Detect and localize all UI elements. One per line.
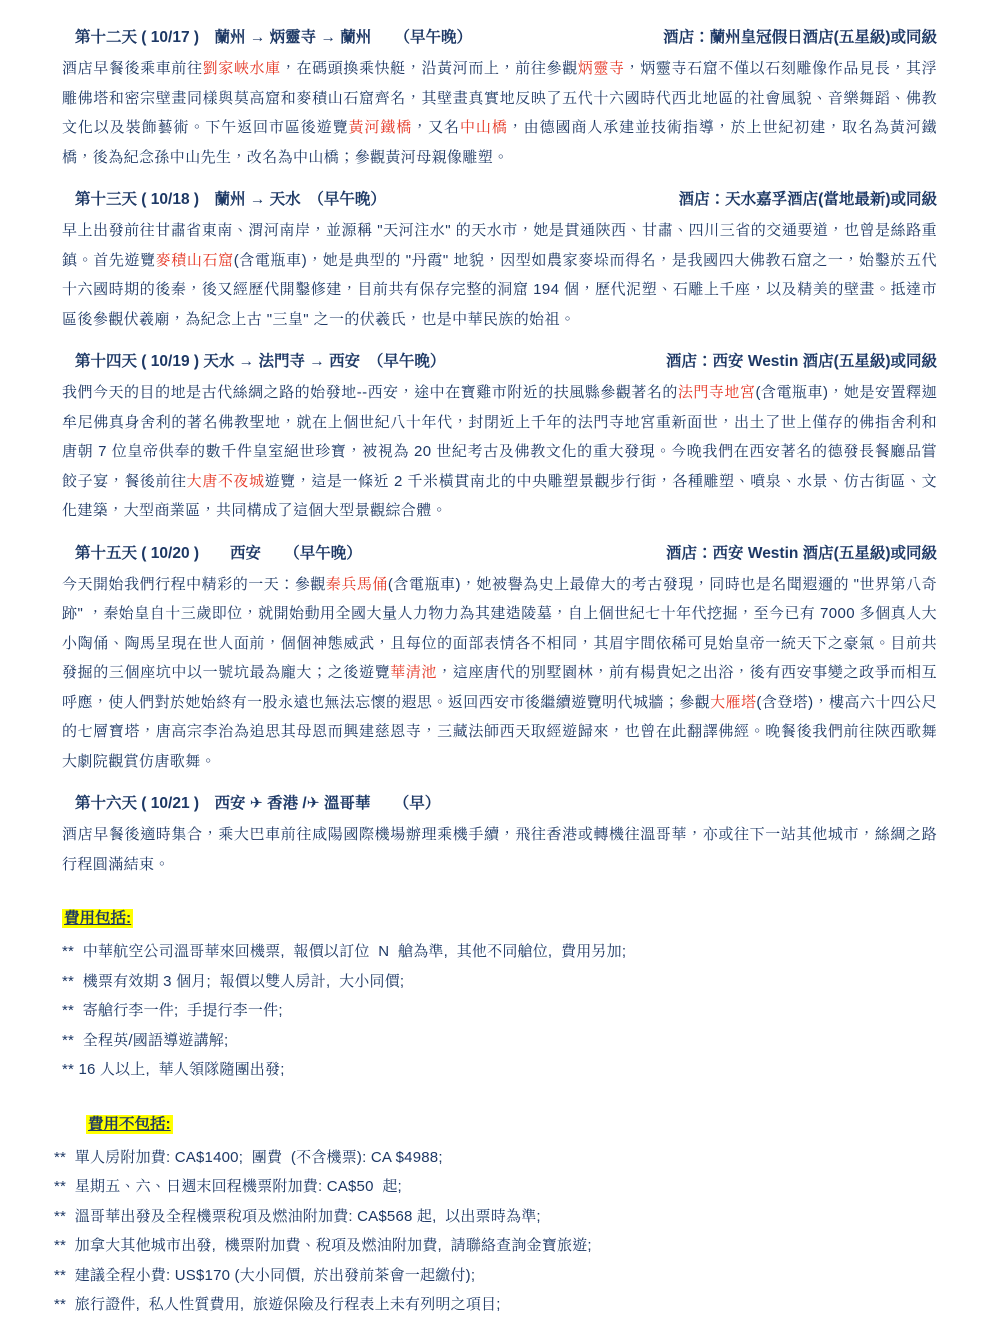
day-description: 我們今天的目的地是古代絲綢之路的始發地--西安，途中在寶雞市附近的扶風縣參觀著名…	[62, 378, 937, 526]
text-segment: 酒店早餐後適時集合，乘大巴車前往咸陽國際機場辦理乘機手續，飛往香港或轉機往溫哥華…	[62, 826, 937, 873]
day-heading: 第十六天 ( 10/21 ) 西安 ✈ 香港 /✈ 溫哥華 （早）	[62, 790, 937, 818]
attraction-highlight: 中山橋	[460, 119, 508, 136]
day-hotel: 酒店：西安 Westin 酒店(五星級)或同級	[666, 348, 937, 376]
day-description: 今天開始我們行程中精彩的一天：參觀秦兵馬俑(含電瓶車)，她被譽為史上最偉大的考古…	[62, 570, 937, 777]
text-segment: 今天開始我們行程中精彩的一天：參觀	[62, 576, 326, 593]
fee-included-item: ** 機票有效期 3 個月; 報價以雙人房計, 大小同價;	[62, 967, 937, 997]
attraction-highlight: 大雁塔	[710, 694, 756, 711]
attraction-highlight: 麥積山石窟	[156, 252, 234, 269]
attraction-highlight: 華清池	[390, 664, 437, 681]
text-segment: ，在碼頭換乘快艇，沿黃河而上，前往參觀	[281, 60, 578, 77]
day-hotel: 酒店：蘭州皇冠假日酒店(五星級)或同級	[663, 24, 937, 52]
attraction-highlight: 劉家峽水庫	[203, 60, 281, 77]
day-description: 酒店早餐後適時集合，乘大巴車前往咸陽國際機場辦理乘機手續，飛往香港或轉機往溫哥華…	[62, 820, 937, 879]
fee-excluded-item: ** 加拿大其他城市出發, 機票附加費、稅項及燃油附加費, 請聯絡查詢金寶旅遊;	[54, 1231, 937, 1261]
attraction-highlight: 大唐不夜城	[187, 473, 265, 490]
day-description: 酒店早餐後乘車前往劉家峽水庫，在碼頭換乘快艇，沿黃河而上，前往參觀炳靈寺，炳靈寺…	[62, 54, 937, 172]
text-segment: 我們今天的目的地是古代絲綢之路的始發地--西安，途中在寶雞市附近的扶風縣參觀著名…	[62, 384, 678, 401]
fees-excluded-section: 費用不包括: ** 單人房附加費: CA$1400; 團費 (不含機票): CA…	[62, 1111, 937, 1320]
fees-included-heading: 費用包括:	[62, 905, 937, 933]
fees-included-section: 費用包括: ** 中華航空公司溫哥華來回機票, 報價以訂位 N 艙為準, 其他不…	[62, 905, 937, 1085]
text-segment: 酒店早餐後乘車前往	[62, 60, 203, 77]
fees-excluded-heading-label: 費用不包括:	[86, 1115, 173, 1134]
day-heading: 第十二天 ( 10/17 ) 蘭州 → 炳靈寺 → 蘭州 （早午晚） 酒店：蘭州…	[62, 24, 937, 52]
fee-excluded-item: ** 溫哥華出發及全程機票稅項及燃油附加費: CA$568 起, 以出票時為準;	[54, 1202, 937, 1232]
day-section-13: 第十三天 ( 10/18 ) 蘭州 → 天水 （早午晚） 酒店：天水嘉孚酒店(當…	[62, 186, 937, 334]
day-route: 第十二天 ( 10/17 ) 蘭州 → 炳靈寺 → 蘭州 （早午晚）	[75, 24, 472, 52]
fees-excluded-heading: 費用不包括:	[62, 1111, 937, 1139]
day-hotel: 酒店：西安 Westin 酒店(五星級)或同級	[666, 540, 937, 568]
day-route: 第十三天 ( 10/18 ) 蘭州 → 天水 （早午晚）	[75, 186, 386, 214]
fee-excluded-item: ** 建議全程小費: US$170 (大小同價, 於出發前茶會一起繳付);	[54, 1261, 937, 1291]
day-heading: 第十四天 ( 10/19 ) 天水 → 法門寺 → 西安 （早午晚） 酒店：西安…	[62, 348, 937, 376]
fee-excluded-item: ** 星期五、六、日週末回程機票附加費: CA$50 起;	[54, 1172, 937, 1202]
fee-included-item: ** 全程英/國語導遊講解;	[62, 1026, 937, 1056]
day-hotel: 酒店：天水嘉孚酒店(當地最新)或同級	[679, 186, 937, 214]
day-heading: 第十三天 ( 10/18 ) 蘭州 → 天水 （早午晚） 酒店：天水嘉孚酒店(當…	[62, 186, 937, 214]
attraction-highlight: 法門寺地宮	[678, 384, 756, 401]
attraction-highlight: 炳靈寺	[578, 60, 625, 77]
itinerary-page: 第十二天 ( 10/17 ) 蘭州 → 炳靈寺 → 蘭州 （早午晚） 酒店：蘭州…	[0, 0, 1000, 1330]
fee-excluded-item: ** 旅行證件, 私人性質費用, 旅遊保險及行程表上未有列明之項目;	[54, 1290, 937, 1320]
fee-excluded-item: ** 單人房附加費: CA$1400; 團費 (不含機票): CA $4988;	[54, 1143, 937, 1173]
fee-included-item: ** 中華航空公司溫哥華來回機票, 報價以訂位 N 艙為準, 其他不同艙位, 費…	[62, 937, 937, 967]
day-section-14: 第十四天 ( 10/19 ) 天水 → 法門寺 → 西安 （早午晚） 酒店：西安…	[62, 348, 937, 526]
day-route: 第十六天 ( 10/21 ) 西安 ✈ 香港 /✈ 溫哥華 （早）	[75, 790, 440, 818]
day-section-12: 第十二天 ( 10/17 ) 蘭州 → 炳靈寺 → 蘭州 （早午晚） 酒店：蘭州…	[62, 24, 937, 172]
fees-included-heading-label: 費用包括:	[62, 909, 133, 928]
attraction-highlight: 黃河鐵橋	[349, 119, 413, 136]
text-segment: ，又名	[412, 119, 460, 136]
attraction-highlight: 秦兵馬俑	[326, 576, 388, 593]
fee-included-item: ** 寄艙行李一件; 手提行李一件;	[62, 996, 937, 1026]
day-section-16: 第十六天 ( 10/21 ) 西安 ✈ 香港 /✈ 溫哥華 （早） 酒店早餐後適…	[62, 790, 937, 879]
fee-included-item: ** 16 人以上, 華人領隊隨團出發;	[62, 1055, 937, 1085]
day-heading: 第十五天 ( 10/20 ) 西安 （早午晚） 酒店：西安 Westin 酒店(…	[62, 540, 937, 568]
day-section-15: 第十五天 ( 10/20 ) 西安 （早午晚） 酒店：西安 Westin 酒店(…	[62, 540, 937, 777]
day-route: 第十四天 ( 10/19 ) 天水 → 法門寺 → 西安 （早午晚）	[75, 348, 445, 376]
day-description: 早上出發前往甘肅省東南、渭河南岸，並源稱 "天河注水" 的天水市，她是貫通陝西、…	[62, 216, 937, 334]
day-route: 第十五天 ( 10/20 ) 西安 （早午晚）	[75, 540, 362, 568]
